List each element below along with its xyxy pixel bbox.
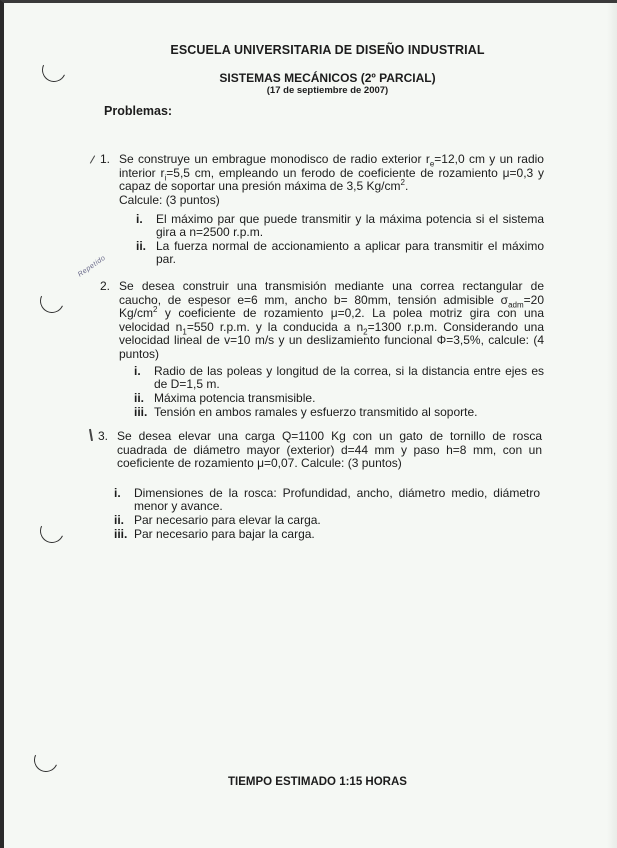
problem-number: 1. — [100, 153, 110, 167]
estimated-time: TIEMPO ESTIMADO 1:15 HORAS — [4, 776, 617, 788]
sub-item: ii. Par necesario para elevar la carga. — [114, 514, 540, 527]
pen-tick-mark — [89, 429, 93, 441]
problem-number: 3. — [98, 430, 108, 444]
sub-item: i. El máximo par que puede transmitir y … — [136, 213, 544, 239]
handwritten-note: Repetido — [77, 254, 107, 278]
sub-item: ii. La fuerza normal de accionamiento a … — [136, 240, 544, 266]
problem-statement: Se construye un embrague monodisco de ra… — [119, 153, 544, 207]
punch-hole-mark — [37, 516, 68, 547]
problem-3-items: i. Dimensiones de la rosca: Profundidad,… — [114, 487, 540, 542]
problem-statement: Se desea elevar una carga Q=1100 Kg con … — [117, 430, 542, 471]
problem-1: 1. Se construye un embrague monodisco de… — [100, 153, 544, 207]
sub-item: iii. Tensión en ambos ramales y esfuerzo… — [134, 406, 544, 419]
exam-page: ESCUELA UNIVERSITARIA DE DISEÑO INDUSTRI… — [0, 0, 617, 848]
punch-hole-mark — [31, 745, 62, 776]
points-line: Calcule: (3 puntos) — [119, 193, 220, 207]
problem-2: 2. Se desea construir una transmisión me… — [100, 280, 544, 361]
school-name: ESCUELA UNIVERSITARIA DE DISEÑO INDUSTRI… — [4, 43, 617, 57]
section-title: Problemas: — [104, 104, 172, 118]
scan-edge-shadow — [607, 3, 617, 848]
problem-3: 3. Se desea elevar una carga Q=1100 Kg c… — [98, 430, 542, 471]
exam-subject: SISTEMAS MECÁNICOS (2º PARCIAL) — [4, 71, 617, 85]
sub-item: i. Radio de las poleas y longitud de la … — [134, 365, 544, 391]
problem-statement: Se desea construir una transmisión media… — [119, 280, 544, 361]
pen-tick-mark — [90, 155, 95, 163]
punch-hole-mark — [37, 286, 68, 317]
sub-item: ii. Máxima potencia transmisible. — [134, 392, 544, 405]
exam-date: (17 de septiembre de 2007) — [4, 85, 617, 96]
sub-item: iii. Par necesario para bajar la carga. — [114, 528, 540, 541]
problem-1-items: i. El máximo par que puede transmitir y … — [136, 213, 544, 267]
problem-number: 2. — [100, 280, 110, 294]
sub-item: i. Dimensiones de la rosca: Profundidad,… — [114, 487, 540, 513]
problem-2-items: i. Radio de las poleas y longitud de la … — [134, 365, 544, 420]
